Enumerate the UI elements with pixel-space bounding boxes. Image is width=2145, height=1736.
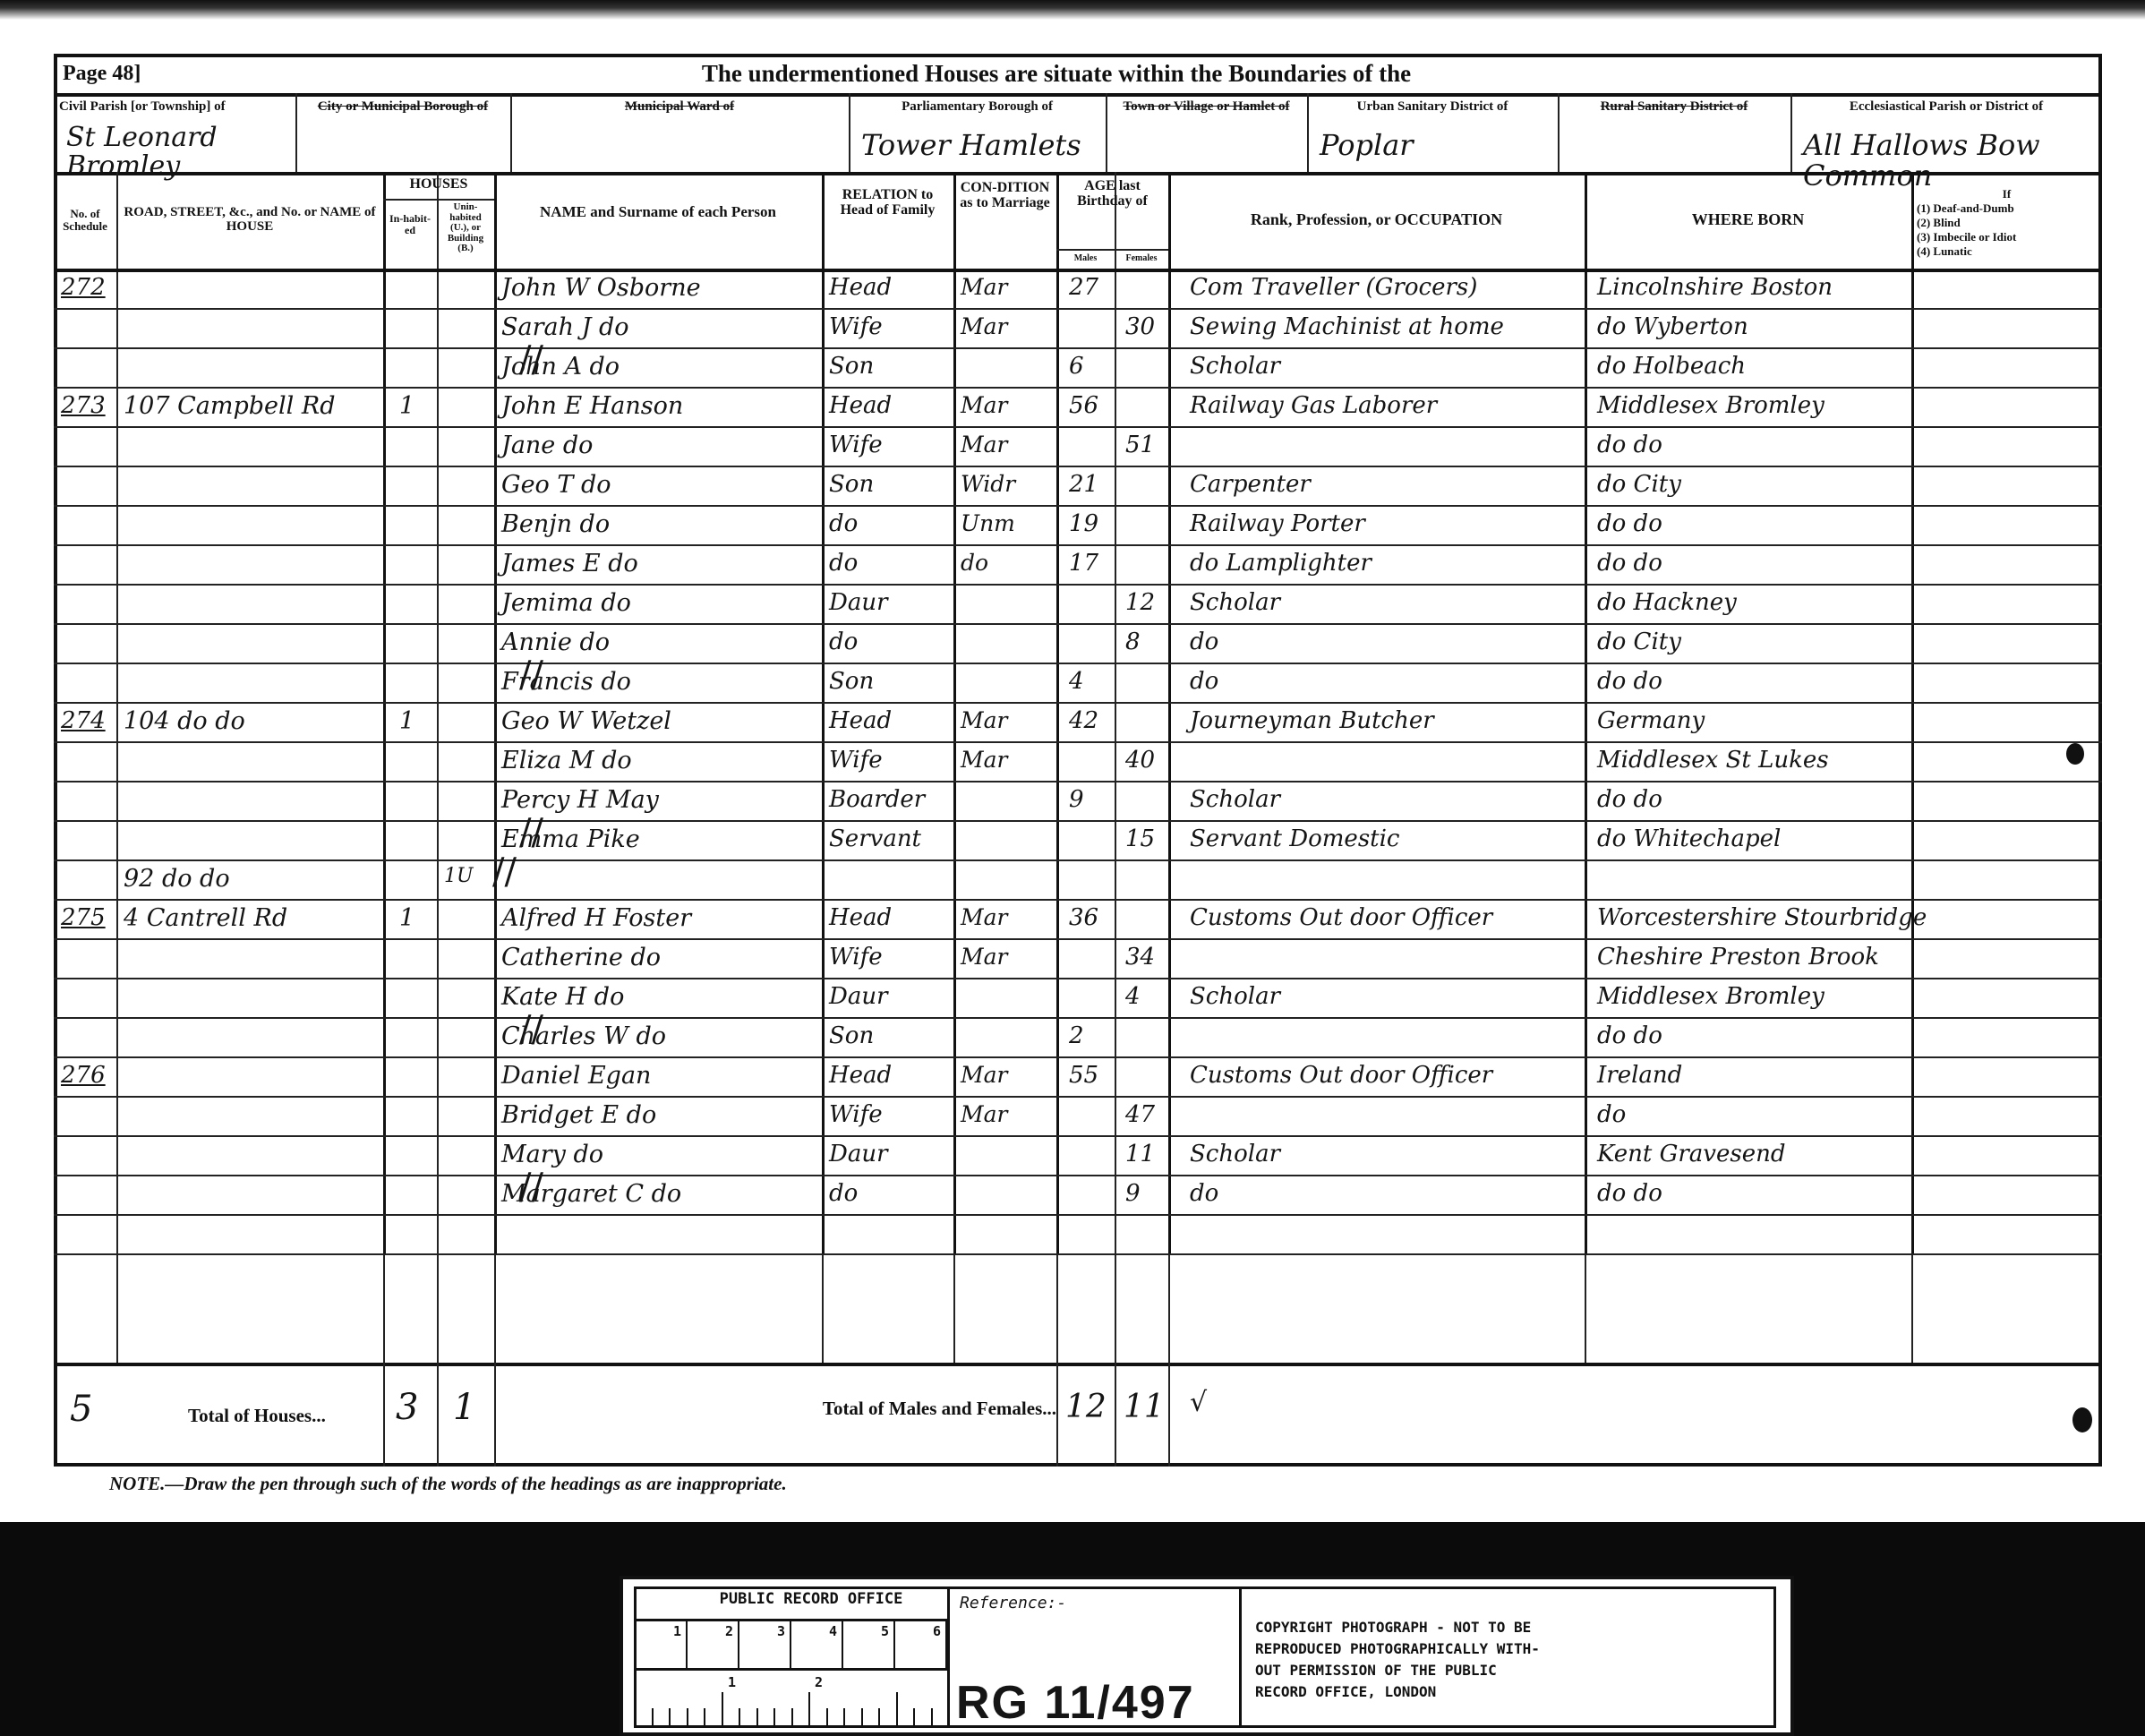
cell-relation: Wife [829,1103,883,1126]
ruler-number: 2 [815,1674,823,1690]
grid-line [1056,1363,1058,1467]
grid-line [383,199,494,201]
cell-female_age: 12 [1125,591,1155,614]
cell-occupation: Scholar [1190,591,1280,614]
cell-inhabited: 1 [399,394,414,418]
cell-female_age: 9 [1125,1182,1141,1205]
cell-name: Geo W Wetzel [501,709,671,733]
cell-born: Cheshire Preston Brook [1597,945,1879,969]
household-separator-mark: // [519,657,543,693]
infirmity-option: (3) Imbecile or Idiot [1917,231,2016,244]
cell-uninhabited: 1U [444,867,474,886]
cell-occupation: do [1190,1182,1218,1205]
column-header-occ: Rank, Profession, or OCCUPATION [1171,211,1582,228]
cell-female_age: 15 [1125,827,1155,851]
column-header-born: WHERE BORN [1587,211,1909,228]
cell-male_age: 9 [1069,788,1084,811]
cell-name: James E do [501,552,638,576]
district-label: Municipal Ward of [516,100,843,115]
ruler-tick [842,1621,843,1668]
footnote: NOTE.—Draw the pen through such of the w… [109,1474,787,1493]
cell-condition: Mar [961,315,1007,338]
cell-name: Eliza M do [501,748,632,773]
district-label: Rural Sanitary District of [1563,100,1785,115]
grid-line [494,1363,496,1467]
ruler-tick [896,1692,898,1728]
ink-blot [2066,743,2084,765]
cell-occupation: Com Traveller (Grocers) [1190,276,1477,299]
district-label: Civil Parish [or Township] of [59,100,290,115]
cell-born: Lincolnshire Boston [1597,276,1833,299]
cell-schedule: 276 [61,1064,106,1087]
cell-road: 107 Campbell Rd [124,394,336,418]
cell-name: Jane do [501,433,593,458]
table-row: Charles W doSon2do do [54,1017,2102,1056]
cell-occupation: Journeyman Butcher [1190,709,1434,732]
table-row: John A doSon6Scholardo Holbeach [54,347,2102,387]
column-header-name: NAME and Surname of each Person [497,204,819,220]
divider [947,1586,950,1728]
district-label: Town or Village or Hamlet of [1111,100,1302,115]
cell-relation: Boarder [829,788,925,811]
divider [849,93,850,172]
table-row: Geo T doSonWidr21Carpenterdo City [54,466,2102,505]
district-label: City or Municipal Borough of [301,100,505,115]
table-row: James E dododo17do Lamplighterdo do [54,544,2102,584]
cell-name: Annie do [501,630,610,654]
cell-born: Germany [1597,709,1705,732]
cell-male_age: 19 [1069,512,1098,535]
column-header-cond: CON-DITION as to Marriage [956,181,1054,211]
cell-inhabited: 1 [399,709,414,733]
cell-relation: Daur [829,591,888,614]
cell-relation: do [829,552,858,575]
grid-line [383,1253,385,1363]
cell-born: do Holbeach [1597,355,1746,378]
copyright-line: RECORD OFFICE, LONDON [1255,1683,1436,1700]
district-value: Tower Hamlets [861,131,1100,161]
cell-relation: Head [829,276,892,299]
cell-condition: Mar [961,906,1007,928]
page-heading: The undermentioned Houses are situate wi… [519,61,1594,86]
divider [54,172,2102,175]
cell-born: Middlesex Bromley [1597,985,1825,1008]
cell-female_age: 47 [1125,1103,1155,1126]
total-persons-label: Total of Males and Females... [752,1398,1056,1418]
district-label: Parliamentary Borough of [854,100,1100,115]
ruler-tick [722,1692,723,1728]
table-row: Emma PikeServant15Servant Domesticdo Whi… [54,820,2102,859]
column-header-sched: No. of Schedule [56,208,114,232]
cell-male_age: 21 [1069,473,1098,496]
cell-born: Ireland [1597,1064,1682,1087]
household-separator-mark: // [519,1169,543,1205]
cell-occupation: do [1190,630,1218,654]
column-header-age: AGE last Birthday of [1056,179,1168,210]
table-row: Jemima doDaur12Scholardo Hackney [54,584,2102,623]
grid-line [437,1253,439,1363]
divider [54,93,2102,97]
total-schedules: 5 [70,1391,92,1427]
grid-line [116,1253,118,1363]
cell-relation: Wife [829,433,883,457]
table-row: 92 do do1U [54,859,2102,899]
ruler-number: 1 [728,1674,736,1690]
divider [1558,93,1560,172]
ruler-number: 3 [777,1623,785,1639]
cell-occupation: Railway Porter [1190,512,1365,535]
grid-line [1585,1253,1586,1363]
cell-relation: Head [829,709,892,732]
cell-schedule: 274 [61,709,106,732]
reference-label: Reference:- [960,1595,1066,1612]
cell-occupation: Customs Out door Officer [1190,906,1492,929]
cell-relation: Wife [829,945,883,969]
table-row: Catherine doWifeMar34Cheshire Preston Br… [54,938,2102,978]
grid-line [1168,1363,1170,1467]
cell-occupation: Scholar [1190,985,1280,1008]
row-line [54,1253,2102,1255]
cell-condition: Mar [961,394,1007,416]
ruler-tick [790,1621,791,1668]
cell-born: do do [1597,552,1662,575]
grid-line [1168,1253,1170,1363]
cell-occupation: Servant Domestic [1190,827,1399,851]
cell-born: Worcestershire Stourbridge [1597,906,1927,929]
district-label: Ecclesiastical Parish or District of [1796,100,2097,115]
cell-road: 4 Cantrell Rd [124,906,287,930]
check-mark: √ [1190,1390,1207,1416]
total-inhabited: 3 [396,1390,418,1425]
cell-born: do [1597,1103,1626,1126]
divider [510,93,512,172]
cell-relation: Wife [829,315,883,338]
cell-relation: Son [829,1024,874,1048]
cell-born: do City [1597,630,1681,654]
cell-relation: Son [829,473,874,496]
cell-condition: Mar [961,709,1007,731]
cell-condition: do [961,552,988,574]
cell-born: Middlesex St Lukes [1597,748,1829,772]
ruler-number: 2 [725,1623,733,1639]
cell-name: Alfred H Foster [501,906,691,930]
census-sheet: Page 48] The undermentioned Houses are s… [54,54,2104,1468]
cell-relation: Son [829,355,874,378]
table-row: Benjn dodoUnm19Railway Porterdo do [54,505,2102,544]
table-row: 272John W OsborneHeadMar27Com Traveller … [54,269,2102,308]
table-row: 273107 Campbell Rd1John E HansonHeadMar5… [54,387,2102,426]
cell-born: Kent Gravesend [1597,1142,1785,1166]
page-label: Page 48] [63,63,141,85]
ink-blot [2072,1407,2092,1432]
household-separator-mark: // [519,342,543,378]
cell-condition: Widr [961,473,1015,495]
infirmity-option: (4) Lunatic [1917,245,1972,258]
cell-occupation: Scholar [1190,355,1280,378]
table-row: Margaret C dodo9dodo do [54,1175,2102,1214]
cell-condition: Mar [961,276,1007,298]
cell-occupation: Sewing Machinist at home [1190,315,1504,338]
grid-line [1056,249,1168,251]
cell-name: Mary do [501,1142,603,1167]
cell-born: Middlesex Bromley [1597,394,1825,417]
grid-line [383,1363,385,1467]
table-row: Percy H MayBoarder9Scholardo do [54,781,2102,820]
cell-condition: Mar [961,1064,1007,1086]
cell-name: John E Hanson [501,394,683,418]
cell-male_age: 4 [1069,670,1084,693]
column-header-houses: HOUSES [383,177,494,192]
cell-born: do do [1597,788,1662,811]
grid-line [1115,1363,1116,1467]
column-header-if: If [1911,188,2102,201]
column-header-inh: In-habit-ed [386,213,434,235]
divider [54,1363,2102,1366]
cell-relation: Son [829,670,874,693]
cell-female_age: 30 [1125,315,1155,338]
total-houses-label: Total of Houses... [188,1406,326,1425]
reference-value: RG 11/497 [956,1680,1195,1726]
infirmity-option: (2) Blind [1917,217,1961,229]
ruler-base [634,1725,947,1728]
cell-born: do do [1597,1024,1662,1048]
ruler-number: 6 [933,1623,941,1639]
divider [1307,93,1309,172]
cell-relation: Head [829,394,892,417]
cell-male_age: 42 [1069,709,1098,732]
infirmity-option: (1) Deaf-and-Dumb [1917,202,2014,215]
grid-line [1115,1253,1116,1363]
cell-born: do City [1597,473,1681,496]
household-separator-mark: // [519,815,543,851]
cell-condition: Unm [961,512,1015,534]
table-row: Annie dodo8dodo City [54,623,2102,663]
cell-born: do Hackney [1597,591,1737,614]
cell-relation: do [829,1182,858,1205]
table-row: 2754 Cantrell Rd1Alfred H FosterHeadMar3… [54,899,2102,938]
table-row: Bridget E doWifeMar47do [54,1096,2102,1135]
ruler-number: 4 [829,1623,837,1639]
total-females: 11 [1124,1391,1165,1424]
grid-line [953,1253,955,1363]
cell-name: Daniel Egan [501,1064,651,1088]
cell-name: Catherine do [501,945,661,970]
table-row: Francis doSon4dodo do [54,663,2102,702]
cell-male_age: 17 [1069,552,1098,575]
copyright-line: REPRODUCED PHOTOGRAPHICALLY WITH- [1255,1640,1540,1657]
ruler-tick [738,1621,739,1668]
column-header-unin: Unin-habited (U.), or Building (B.) [440,202,491,254]
ruler-cm: 12 [634,1671,947,1728]
grid-line [494,1253,496,1363]
table-row: Jane doWifeMar51do do [54,426,2102,466]
grid-line [437,1363,439,1467]
ruler-number: 5 [881,1623,889,1639]
district-value: All Hallows Bow Common [1803,131,2097,191]
cell-inhabited: 1 [399,906,414,930]
divider [295,93,297,172]
table-row: Sarah J doWifeMar30Sewing Machinist at h… [54,308,2102,347]
cell-relation: do [829,630,858,654]
cell-male_age: 6 [1069,355,1084,378]
cell-occupation: do Lamplighter [1190,552,1372,575]
cell-name: Kate H do [501,985,624,1009]
cell-name: John W Osborne [501,276,701,300]
cell-road: 92 do do [124,867,230,891]
cell-name: Sarah J do [501,315,629,339]
cell-road: 104 do do [124,709,245,733]
table-row: 274104 do do1Geo W WetzelHeadMar42Journe… [54,702,2102,741]
cell-occupation: Customs Out door Officer [1190,1064,1492,1087]
scan-top-shadow [0,0,2145,20]
cell-born: do do [1597,433,1662,457]
cell-female_age: 40 [1125,748,1155,772]
column-header-rel: RELATION to Head of Family [825,188,951,218]
cell-name: Jemima do [501,591,631,615]
cell-female_age: 34 [1125,945,1155,969]
cell-relation: Daur [829,1142,888,1166]
cell-condition: Mar [961,748,1007,771]
cell-condition: Mar [961,945,1007,968]
cell-occupation: Carpenter [1190,473,1311,496]
cell-condition: Mar [961,433,1007,456]
cell-occupation: Railway Gas Laborer [1190,394,1437,417]
divider [1106,93,1107,172]
household-separator-mark: // [492,854,517,890]
cell-schedule: 275 [61,906,106,929]
ruler-tick [893,1621,895,1668]
cell-name: Geo T do [501,473,611,497]
total-males: 12 [1065,1391,1107,1424]
copyright-line: OUT PERMISSION OF THE PUBLIC [1255,1662,1497,1679]
cell-occupation: Scholar [1190,1142,1280,1166]
cell-male_age: 56 [1069,394,1098,417]
table-row: 276Daniel EganHeadMar55Customs Out door … [54,1056,2102,1096]
ruler-inches: 123456 [634,1621,947,1668]
cell-relation: do [829,512,858,535]
cell-relation: Daur [829,985,888,1008]
cell-born: do do [1597,512,1662,535]
grid-line [1056,1253,1058,1363]
ruler-tick [686,1621,688,1668]
cell-name: Benjn do [501,512,610,536]
cell-occupation: do [1190,670,1218,693]
divider [1239,1586,1242,1728]
cell-condition: Mar [961,1103,1007,1125]
cell-schedule: 273 [61,394,106,417]
household-separator-mark: // [519,1012,543,1048]
reference-card: PUBLIC RECORD OFFICE 123456 12 Reference… [620,1576,1794,1736]
cell-born: do Wyberton [1597,315,1748,338]
table-row: Kate H doDaur4ScholarMiddlesex Bromley [54,978,2102,1017]
cell-relation: Head [829,906,892,929]
table-row: Mary doDaur11ScholarKent Gravesend [54,1135,2102,1175]
cell-male_age: 36 [1069,906,1098,929]
column-header-road: ROAD, STREET, &c., and No. or NAME of HO… [119,206,380,235]
cell-relation: Servant [829,827,921,851]
cell-male_age: 55 [1069,1064,1098,1087]
district-label: Urban Sanitary District of [1312,100,1552,115]
cell-born: do do [1597,670,1662,693]
cell-name: Bridget E do [501,1103,656,1127]
cell-name: Percy H May [501,788,659,812]
cell-born: do Whitechapel [1597,827,1781,851]
cell-relation: Head [829,1064,892,1087]
column-header-male: Males [1059,254,1112,264]
column-header-fem: Females [1117,254,1166,264]
cell-born: do do [1597,1182,1662,1205]
grid-line [1911,1253,1913,1363]
table-row [54,1214,2102,1253]
office-label: PUBLIC RECORD OFFICE [659,1590,963,1608]
total-uninhabited: 1 [453,1390,475,1425]
copyright-line: COPYRIGHT PHOTOGRAPH - NOT TO BE [1255,1619,1531,1636]
cell-female_age: 11 [1125,1142,1155,1166]
cell-male_age: 27 [1069,276,1098,299]
cell-relation: Wife [829,748,883,772]
district-value: Poplar [1320,131,1552,161]
ruler-tick [808,1692,810,1728]
divider [1790,93,1792,172]
cell-female_age: 8 [1125,630,1141,654]
grid-line [822,1253,824,1363]
table-row: Eliza M doWifeMar40Middlesex St Lukes [54,741,2102,781]
cell-female_age: 4 [1125,985,1141,1008]
cell-schedule: 272 [61,276,106,299]
cell-male_age: 2 [1069,1024,1084,1048]
cell-female_age: 51 [1125,433,1155,457]
ruler-number: 1 [673,1623,681,1639]
cell-occupation: Scholar [1190,788,1280,811]
